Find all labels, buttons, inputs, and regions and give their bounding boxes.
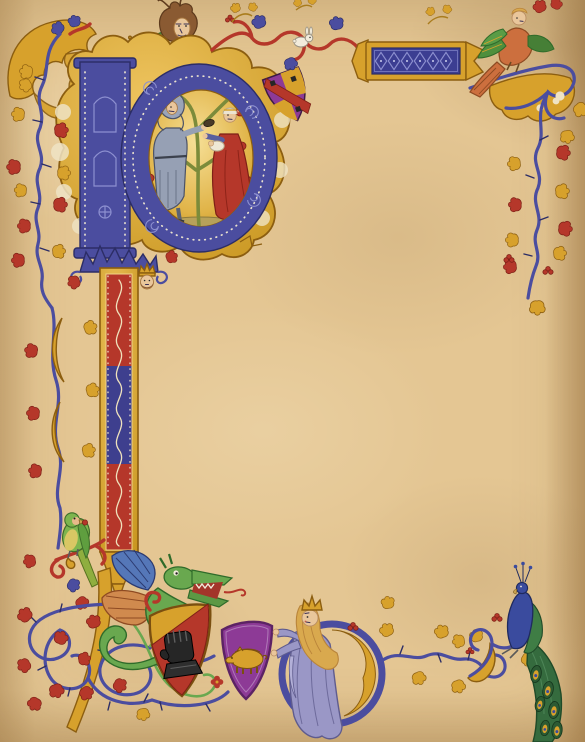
white-rabbit (293, 27, 313, 47)
illuminated-border-art (0, 0, 585, 742)
bottom-right-vine (377, 595, 505, 695)
gold-sprig (292, 0, 318, 10)
maiden-crown-icon (302, 596, 322, 610)
boar-shield (222, 622, 272, 699)
ornamental-blue-bar (352, 40, 483, 82)
right-ivy-vine (503, 98, 573, 315)
illuminated-initial (51, 32, 290, 259)
gauntlet-shield (150, 604, 211, 696)
gold-sprig (424, 3, 453, 24)
corner-flourish-top-right (470, 0, 585, 145)
gold-acorn (66, 558, 74, 568)
parchment-page (0, 0, 585, 742)
crowned-king-head (139, 264, 155, 289)
